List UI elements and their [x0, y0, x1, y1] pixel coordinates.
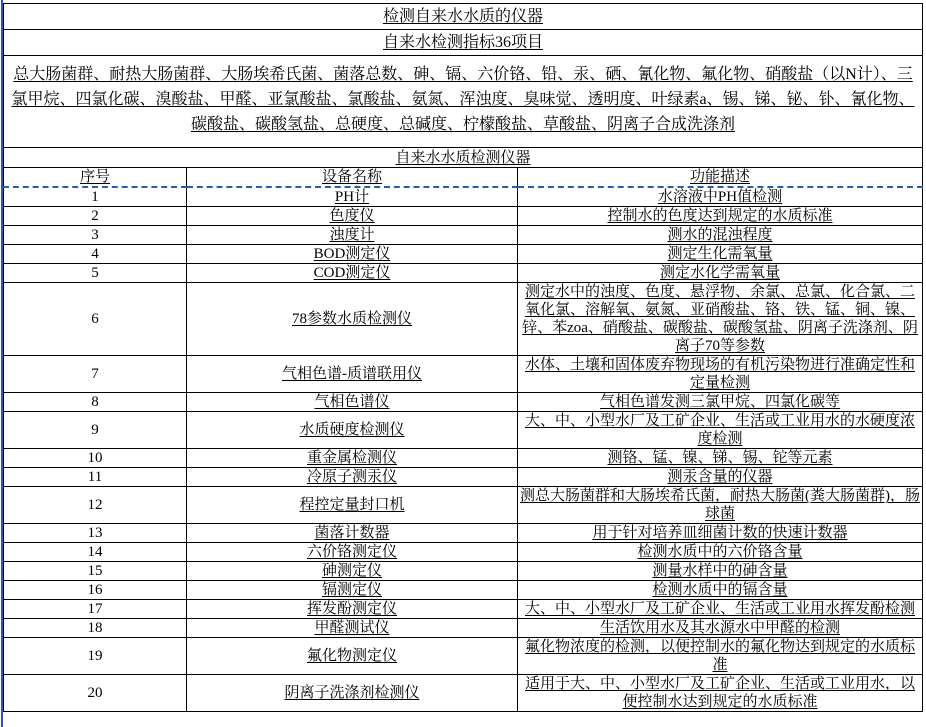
table-row: 11 冷原子测汞仪 测汞含量的仪器 — [4, 468, 923, 487]
table-row: 19 氟化物测定仪 氟化物浓度的检测，以便控制水的氟化物达到规定的水质标准 — [4, 638, 923, 675]
device-description: 大、中、小型水厂及工矿企业、生活或工业用水挥发酚检测 — [525, 601, 915, 617]
table-row: 20 阴离子洗涤剂检测仪 适用于大、中、小型水厂及工矿企业、生活或工业用水，以便… — [4, 675, 923, 712]
row-number-cell: 4 — [4, 245, 187, 264]
device-name: COD测定仪 — [314, 265, 391, 281]
table-title-row: 自来水水质检测仪器 — [4, 148, 923, 168]
device-description: 测总大肠菌群和大肠埃希氏菌，耐热大肠菌(粪大肠菌群)，肠球菌 — [520, 488, 920, 522]
device-name: 水质硬度检测仪 — [299, 422, 404, 438]
spreadsheet-page: 检测自来水水质的仪器 自来水检测指标36项目 总大肠菌群、耐热大肠菌群、大肠埃希… — [0, 0, 926, 727]
row-number-cell: 18 — [4, 619, 187, 638]
table-row: 9 水质硬度检测仪 大、中、小型水厂及工矿企业、生活或工业用水的水硬度浓度检测 — [4, 412, 923, 449]
document-subtitle-row: 自来水检测指标36项目 — [4, 30, 923, 56]
table-row: 1 PH计 水溶液中PH值检测 — [4, 187, 923, 207]
device-description: 控制水的色度达到规定的水质标准 — [607, 208, 832, 224]
indicator-list-row: 总大肠菌群、耐热大肠菌群、大肠埃希氏菌、菌落总数、砷、镉、六价铬、铅、汞、硒、氰… — [4, 56, 923, 148]
table-row: 7 气相色谱-质谱联用仪 水体、土壤和固体废弃物现场的有机污染物进行准确定性和定… — [4, 356, 923, 393]
device-name: BOD测定仪 — [314, 246, 391, 262]
row-number-cell: 14 — [4, 543, 187, 562]
document-title: 检测自来水水质的仪器 — [383, 8, 543, 25]
device-name: 镉测定仪 — [322, 582, 382, 598]
table-row: 12 程控定量封口机 测总大肠菌群和大肠埃希氏菌，耐热大肠菌(粪大肠菌群)，肠球… — [4, 487, 923, 524]
device-name: 重金属检测仪 — [307, 450, 397, 466]
device-description: 测汞含量的仪器 — [667, 469, 772, 485]
table-title: 自来水水质检测仪器 — [395, 150, 530, 166]
row-number-cell: 19 — [4, 638, 187, 675]
table-row: 3 浊度计 测水的混浊程度 — [4, 226, 923, 245]
device-name: 挥发酚测定仪 — [307, 601, 397, 617]
table-row: 4 BOD测定仪 测定生化需氧量 — [4, 245, 923, 264]
row-number-cell: 3 — [4, 226, 187, 245]
indicator-list-text: 总大肠菌群、耐热大肠菌群、大肠埃希氏菌、菌落总数、砷、镉、六价铬、铅、汞、硒、氰… — [11, 66, 914, 133]
row-number-cell: 11 — [4, 468, 187, 487]
device-name: 菌落计数器 — [314, 525, 389, 541]
device-description: 检测水质中的六价铬含量 — [637, 544, 802, 560]
device-description: 测铬、锰、镍、锑、锡、铊等元素 — [607, 450, 832, 466]
device-name: PH计 — [335, 189, 369, 205]
table-row: 8 气相色谱仪 气相色谱发测三氯甲烷、四氯化碳等 — [4, 393, 923, 412]
row-number-cell: 9 — [4, 412, 187, 449]
device-name: 气相色谱仪 — [314, 394, 389, 410]
table-row: 13 菌落计数器 用于针对培养皿细菌计数的快速计数器 — [4, 524, 923, 543]
row-number-cell: 8 — [4, 393, 187, 412]
column-header-number: 序号 — [80, 169, 110, 185]
device-description: 测定水中的浊度、色度、悬浮物、余氯、总氯、化合氯、二氧化氯、溶解氧、氨氮、亚硝酸… — [522, 284, 918, 354]
device-description: 用于针对培养皿细菌计数的快速计数器 — [592, 525, 847, 541]
row-number-cell: 1 — [4, 187, 187, 207]
device-description: 大、中、小型水厂及工矿企业、生活或工业用水的水硬度浓度检测 — [525, 413, 915, 447]
table-row: 16 镉测定仪 检测水质中的镉含量 — [4, 581, 923, 600]
device-description: 测定生化需氧量 — [667, 246, 772, 262]
row-number-cell: 5 — [4, 264, 187, 283]
column-header-row: 序号 设备名称 功能描述 — [4, 168, 923, 188]
device-name: 浊度计 — [329, 227, 374, 243]
device-description: 水体、土壤和固体废弃物现场的有机污染物进行准确定性和定量检测 — [525, 357, 915, 391]
table-row: 15 砷测定仪 测量水样中的砷含量 — [4, 562, 923, 581]
document-subtitle: 自来水检测指标36项目 — [383, 34, 543, 51]
column-header-device-name: 设备名称 — [322, 169, 382, 185]
row-number-cell: 10 — [4, 449, 187, 468]
device-name: 色度仪 — [329, 208, 374, 224]
device-description: 水溶液中PH值检测 — [658, 189, 782, 205]
table-row: 6 78参数水质检测仪 测定水中的浊度、色度、悬浮物、余氯、总氯、化合氯、二氧化… — [4, 283, 923, 356]
device-name: 冷原子测汞仪 — [307, 469, 397, 485]
row-number-cell: 2 — [4, 207, 187, 226]
device-description: 测量水样中的砷含量 — [652, 563, 787, 579]
device-description: 测水的混浊程度 — [667, 227, 772, 243]
document-title-row: 检测自来水水质的仪器 — [4, 4, 923, 30]
device-description: 适用于大、中、小型水厂及工矿企业、生活或工业用水，以便控制水达到规定的水质标准 — [525, 676, 915, 710]
table-row: 10 重金属检测仪 测铬、锰、镍、锑、锡、铊等元素 — [4, 449, 923, 468]
row-number-cell: 13 — [4, 524, 187, 543]
device-description: 测定水化学需氧量 — [660, 265, 780, 281]
device-description: 生活饮用水及其水源水中甲醛的检测 — [600, 620, 840, 636]
device-description: 气相色谱发测三氯甲烷、四氯化碳等 — [600, 394, 840, 410]
table-row: 5 COD测定仪 测定水化学需氧量 — [4, 264, 923, 283]
device-description: 氟化物浓度的检测，以便控制水的氟化物达到规定的水质标准 — [525, 639, 915, 673]
table-row: 18 甲醛测试仪 生活饮用水及其水源水中甲醛的检测 — [4, 619, 923, 638]
device-name: 78参数水质检测仪 — [292, 311, 412, 327]
row-number-cell: 6 — [4, 283, 187, 356]
table-row: 14 六价铬测定仪 检测水质中的六价铬含量 — [4, 543, 923, 562]
row-number-cell: 20 — [4, 675, 187, 712]
row-number-cell: 15 — [4, 562, 187, 581]
row-number-cell: 17 — [4, 600, 187, 619]
row-number-cell: 12 — [4, 487, 187, 524]
row-number-cell: 16 — [4, 581, 187, 600]
device-name: 六价铬测定仪 — [307, 544, 397, 560]
device-name: 甲醛测试仪 — [314, 620, 389, 636]
table-row: 2 色度仪 控制水的色度达到规定的水质标准 — [4, 207, 923, 226]
row-number-cell: 7 — [4, 356, 187, 393]
column-header-function-desc: 功能描述 — [690, 169, 750, 185]
device-name: 砷测定仪 — [322, 563, 382, 579]
device-name: 阴离子洗涤剂检测仪 — [284, 685, 419, 701]
device-name: 气相色谱-质谱联用仪 — [282, 366, 422, 382]
table-row: 17 挥发酚测定仪 大、中、小型水厂及工矿企业、生活或工业用水挥发酚检测 — [4, 600, 923, 619]
device-description: 检测水质中的镉含量 — [652, 582, 787, 598]
page-break-vertical-line — [1, 0, 3, 727]
water-quality-instruments-table: 检测自来水水质的仪器 自来水检测指标36项目 总大肠菌群、耐热大肠菌群、大肠埃希… — [3, 3, 923, 712]
device-name: 程控定量封口机 — [299, 497, 404, 513]
device-name: 氟化物测定仪 — [307, 648, 397, 664]
